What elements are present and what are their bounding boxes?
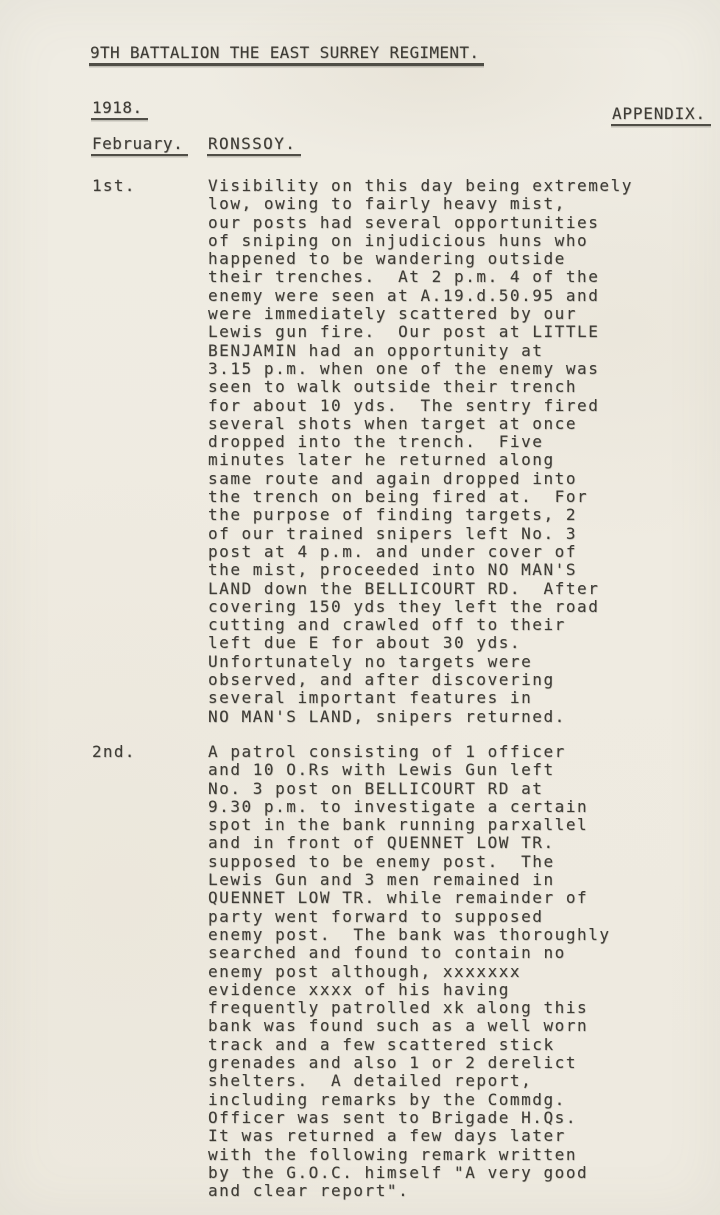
appendix-heading: APPENDIX.	[611, 105, 711, 126]
entry-day-label-2nd: 2nd.	[92, 743, 136, 761]
location-heading: RONSSOY.	[207, 135, 301, 156]
war-diary-page: 9TH BATTALION THE EAST SURREY REGIMENT. …	[0, 0, 720, 1215]
entry-body-text-2nd: A patrol consisting of 1 officer and 10 …	[208, 743, 611, 1200]
month-heading: February.	[91, 135, 188, 156]
document-title: 9TH BATTALION THE EAST SURREY REGIMENT.	[89, 44, 484, 66]
entry-body-text-1st: Visibility on this day being extremely l…	[208, 177, 633, 726]
entry-day-label-1st: 1st.	[92, 177, 136, 195]
year-heading: 1918.	[91, 99, 148, 120]
